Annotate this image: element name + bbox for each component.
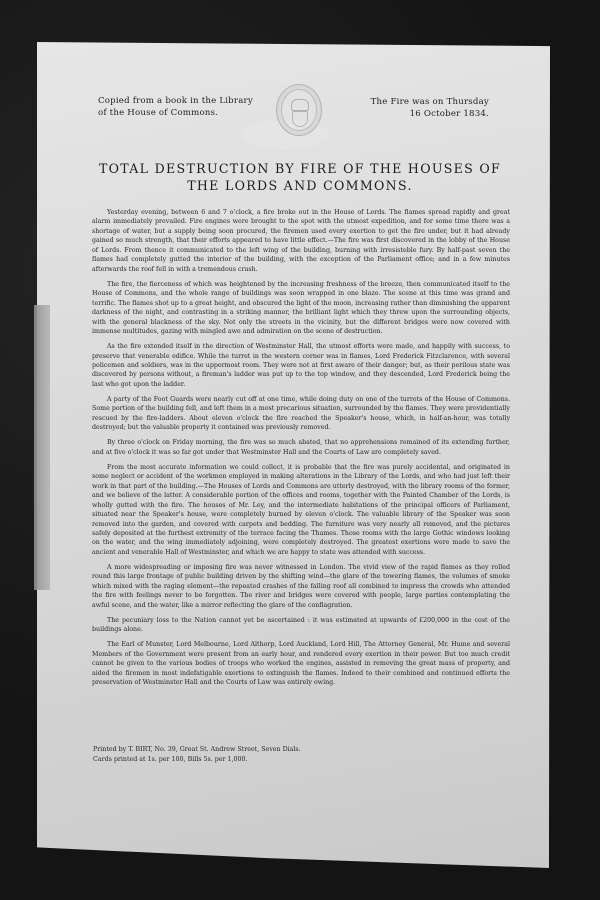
article-body: Yesterday evening, between 6 and 7 o'clo… (92, 208, 510, 693)
paragraph: The fire, the fierceness of which was he… (92, 280, 510, 337)
fire-date-note: The Fire was on Thursday 16 October 1834… (352, 96, 489, 120)
crown-icon (291, 99, 309, 111)
printer-imprint: Printed by T. BIRT, No. 39, Great St. An… (93, 745, 353, 764)
header-right-line: The Fire was on Thursday (352, 96, 489, 108)
tape-strip (34, 305, 50, 590)
header-right-line: 16 October 1834. (352, 108, 489, 120)
title-line: TOTAL DESTRUCTION BY FIRE OF THE HOUSES … (90, 160, 510, 177)
header-left-line: Copied from a book in the Library (98, 95, 273, 107)
paragraph: A more widespreading or imposing fire wa… (92, 563, 510, 610)
paragraph: From the most accurate information we co… (92, 463, 510, 558)
paragraph: A party of the Foot Guards were nearly c… (92, 395, 510, 433)
paragraph: The Earl of Munster, Lord Melbourne, Lor… (92, 640, 510, 687)
imprint-line: Cards printed at 1s. per 100, Bills 5s. … (93, 755, 353, 765)
shield-icon (292, 111, 308, 127)
house-of-commons-seal-icon (276, 84, 322, 136)
imprint-line: Printed by T. BIRT, No. 39, Great St. An… (93, 745, 353, 755)
paragraph: By three o'clock on Friday morning, the … (92, 438, 510, 457)
paragraph: Yesterday evening, between 6 and 7 o'clo… (92, 208, 510, 274)
paragraph: As the fire extended itself in the direc… (92, 342, 510, 389)
title-line: THE LORDS AND COMMONS. (90, 177, 510, 194)
paragraph: The pecuniary loss to the Nation cannot … (92, 616, 510, 635)
header-left-line: of the House of Commons. (98, 107, 273, 119)
library-source-note: Copied from a book in the Library of the… (98, 95, 273, 119)
document-title: TOTAL DESTRUCTION BY FIRE OF THE HOUSES … (90, 160, 510, 194)
